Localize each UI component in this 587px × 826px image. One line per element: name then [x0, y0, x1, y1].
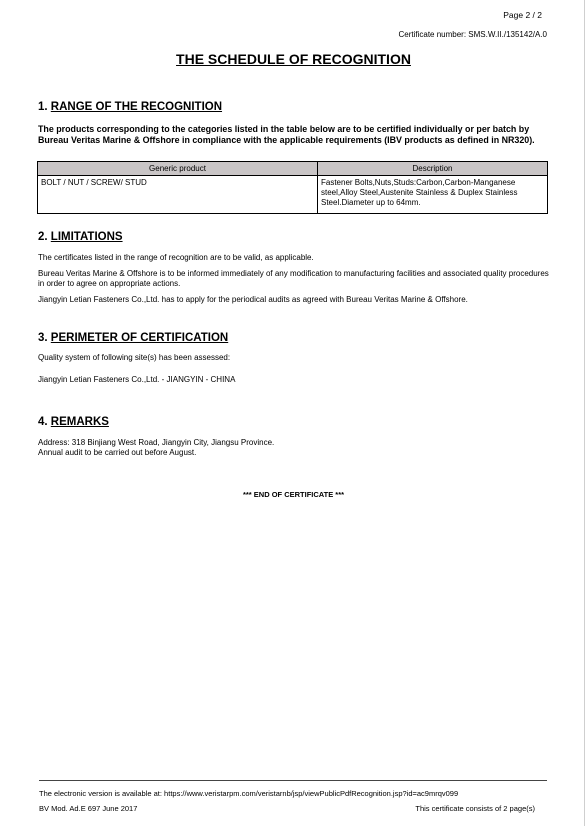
end-of-certificate: *** END OF CERTIFICATE ***	[0, 490, 587, 499]
column-header: Generic product	[38, 162, 318, 176]
page-count: This certificate consists of 2 page(s)	[415, 804, 535, 813]
description-cell: Fastener Bolts,Nuts,Studs:Carbon,Carbon-…	[318, 176, 548, 214]
column-header: Description	[318, 162, 548, 176]
remarks-address: Address: 318 Binjiang West Road, Jiangyi…	[38, 438, 550, 448]
table-row: BOLT / NUT / SCREW/ STUD Fastener Bolts,…	[38, 176, 548, 214]
generic-product-cell: BOLT / NUT / SCREW/ STUD	[38, 176, 318, 214]
form-reference: BV Mod. Ad.E 697 June 2017	[39, 804, 137, 813]
limitations-paragraph: The certificates listed in the range of …	[38, 253, 550, 263]
range-intro: The products corresponding to the catego…	[38, 124, 550, 146]
section-remarks-heading: 4. REMARKS	[38, 416, 109, 428]
certificate-number: Certificate number: SMS.W.II./135142/A.0	[398, 30, 547, 39]
limitations-paragraph: Bureau Veritas Marine & Offshore is to b…	[38, 269, 550, 289]
limitations-paragraph: Jiangyin Letian Fasteners Co.,Ltd. has t…	[38, 295, 550, 305]
page-edge	[584, 0, 585, 826]
perimeter-site: Jiangyin Letian Fasteners Co.,Ltd. - JIA…	[38, 375, 550, 385]
perimeter-paragraph: Quality system of following site(s) has …	[38, 353, 550, 363]
footer-divider	[39, 780, 547, 781]
section-limitations-heading: 2. LIMITATIONS	[38, 231, 123, 243]
page-number: Page 2 / 2	[503, 10, 542, 20]
electronic-version-link[interactable]: The electronic version is available at: …	[39, 789, 458, 798]
document-title: THE SCHEDULE OF RECOGNITION	[0, 51, 587, 67]
recognition-table: Generic product Description BOLT / NUT /…	[37, 161, 548, 214]
remarks-audit: Annual audit to be carried out before Au…	[38, 448, 550, 458]
section-perimeter-heading: 3. PERIMETER OF CERTIFICATION	[38, 332, 228, 344]
section-range-heading: 1. RANGE OF THE RECOGNITION	[38, 101, 222, 113]
